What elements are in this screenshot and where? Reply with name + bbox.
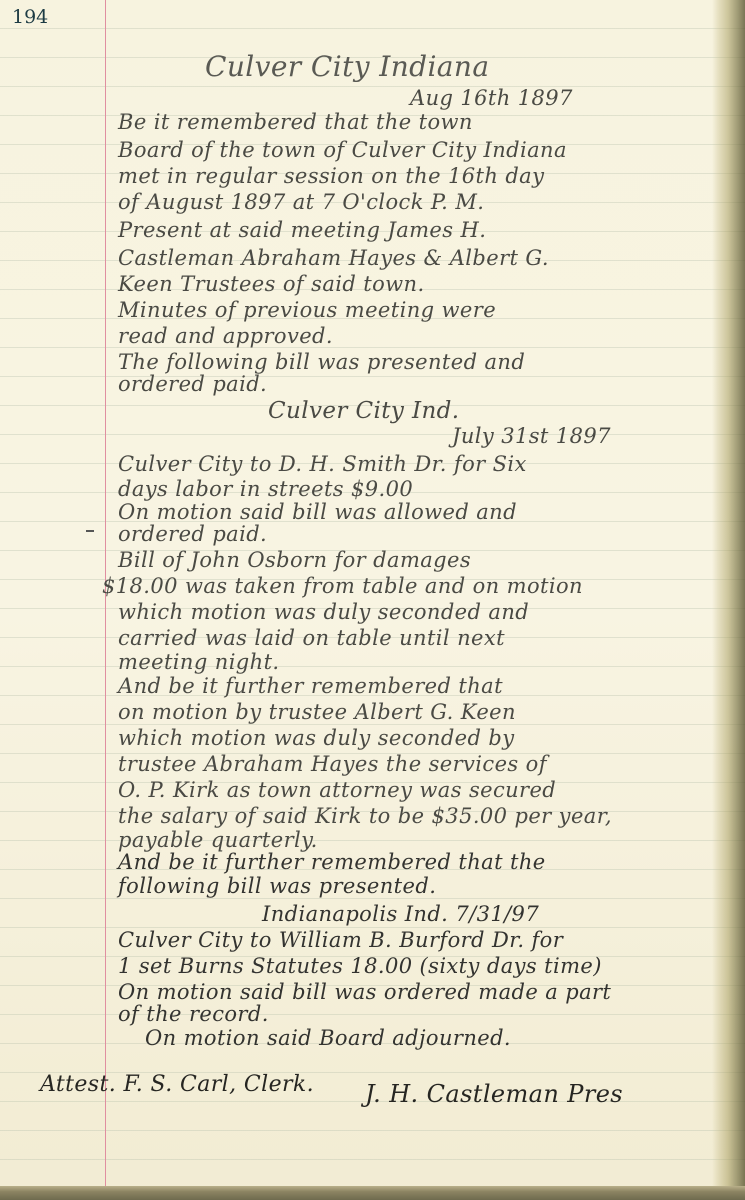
bill1-line: Culver City to D. H. Smith Dr. for Six	[118, 452, 527, 476]
minutes-line: Keen Trustees of said town.	[118, 272, 425, 296]
kirk-line: on motion by trustee Albert G. Keen	[118, 700, 516, 724]
minutes-line: Present at said meeting James H.	[118, 218, 486, 242]
osborn-line: which motion was duly seconded and	[118, 600, 529, 624]
minutes-line: of August 1897 at 7 O'clock P. M.	[118, 190, 484, 214]
minutes-line: read and approved.	[118, 324, 333, 348]
kirk-line: And be it further remembered that	[118, 674, 503, 698]
attest-clerk-signature: Attest. F. S. Carl, Clerk.	[40, 1072, 314, 1097]
osborn-line: Bill of John Osborn for damages	[118, 548, 471, 572]
bill1-place: Culver City Ind.	[268, 398, 460, 424]
bill1-date: July 31st 1897	[452, 424, 611, 448]
page-number: 194	[12, 6, 48, 28]
kirk-line: payable quarterly.	[118, 828, 318, 852]
margin-dash-mark	[86, 530, 94, 532]
bill2-place-date: Indianapolis Ind. 7/31/97	[262, 902, 539, 926]
heading-date: Aug 16th 1897	[410, 86, 573, 110]
minutes-line: The following bill was presented and	[118, 350, 525, 374]
minutes-line: Minutes of previous meeting were	[118, 298, 496, 322]
kirk-line: O. P. Kirk as town attorney was secured	[118, 778, 556, 802]
minutes-line: ordered paid.	[118, 372, 267, 396]
osborn-line: meeting night.	[118, 650, 280, 674]
bill1-line: ordered paid.	[118, 522, 267, 546]
kirk-line: the salary of said Kirk to be $35.00 per…	[118, 804, 612, 828]
kirk-line: trustee Abraham Hayes the services of	[118, 752, 547, 776]
heading-place: Culver City Indiana	[205, 50, 489, 83]
bill2-line: On motion said bill was ordered made a p…	[118, 980, 611, 1004]
bill1-line: days labor in streets $9.00	[118, 477, 413, 501]
osborn-line: $18.00 was taken from table and on motio…	[102, 574, 583, 598]
minutes-line: Be it remembered that the town	[118, 110, 473, 134]
ledger-page: 194 Culver City Indiana Aug 16th 1897 Be…	[0, 0, 745, 1200]
president-signature: J. H. Castleman Pres	[365, 1080, 623, 1108]
bill1-line: On motion said bill was allowed and	[118, 500, 517, 524]
kirk-line: which motion was duly seconded by	[118, 726, 515, 750]
burford-intro-line: And be it further remembered that the	[118, 850, 546, 874]
minutes-line: met in regular session on the 16th day	[118, 164, 544, 188]
minutes-line: Board of the town of Culver City Indiana	[118, 138, 567, 162]
osborn-line: carried was laid on table until next	[118, 626, 505, 650]
burford-intro-line: following bill was presented.	[118, 874, 436, 898]
bill2-line: 1 set Burns Statutes 18.00 (sixty days t…	[118, 954, 602, 978]
minutes-line: Castleman Abraham Hayes & Albert G.	[118, 246, 549, 270]
book-bottom-edge	[0, 1186, 745, 1200]
bill2-line: of the record.	[118, 1002, 269, 1026]
adjournment-line: On motion said Board adjourned.	[145, 1026, 511, 1050]
bill2-line: Culver City to William B. Burford Dr. fo…	[118, 928, 563, 952]
